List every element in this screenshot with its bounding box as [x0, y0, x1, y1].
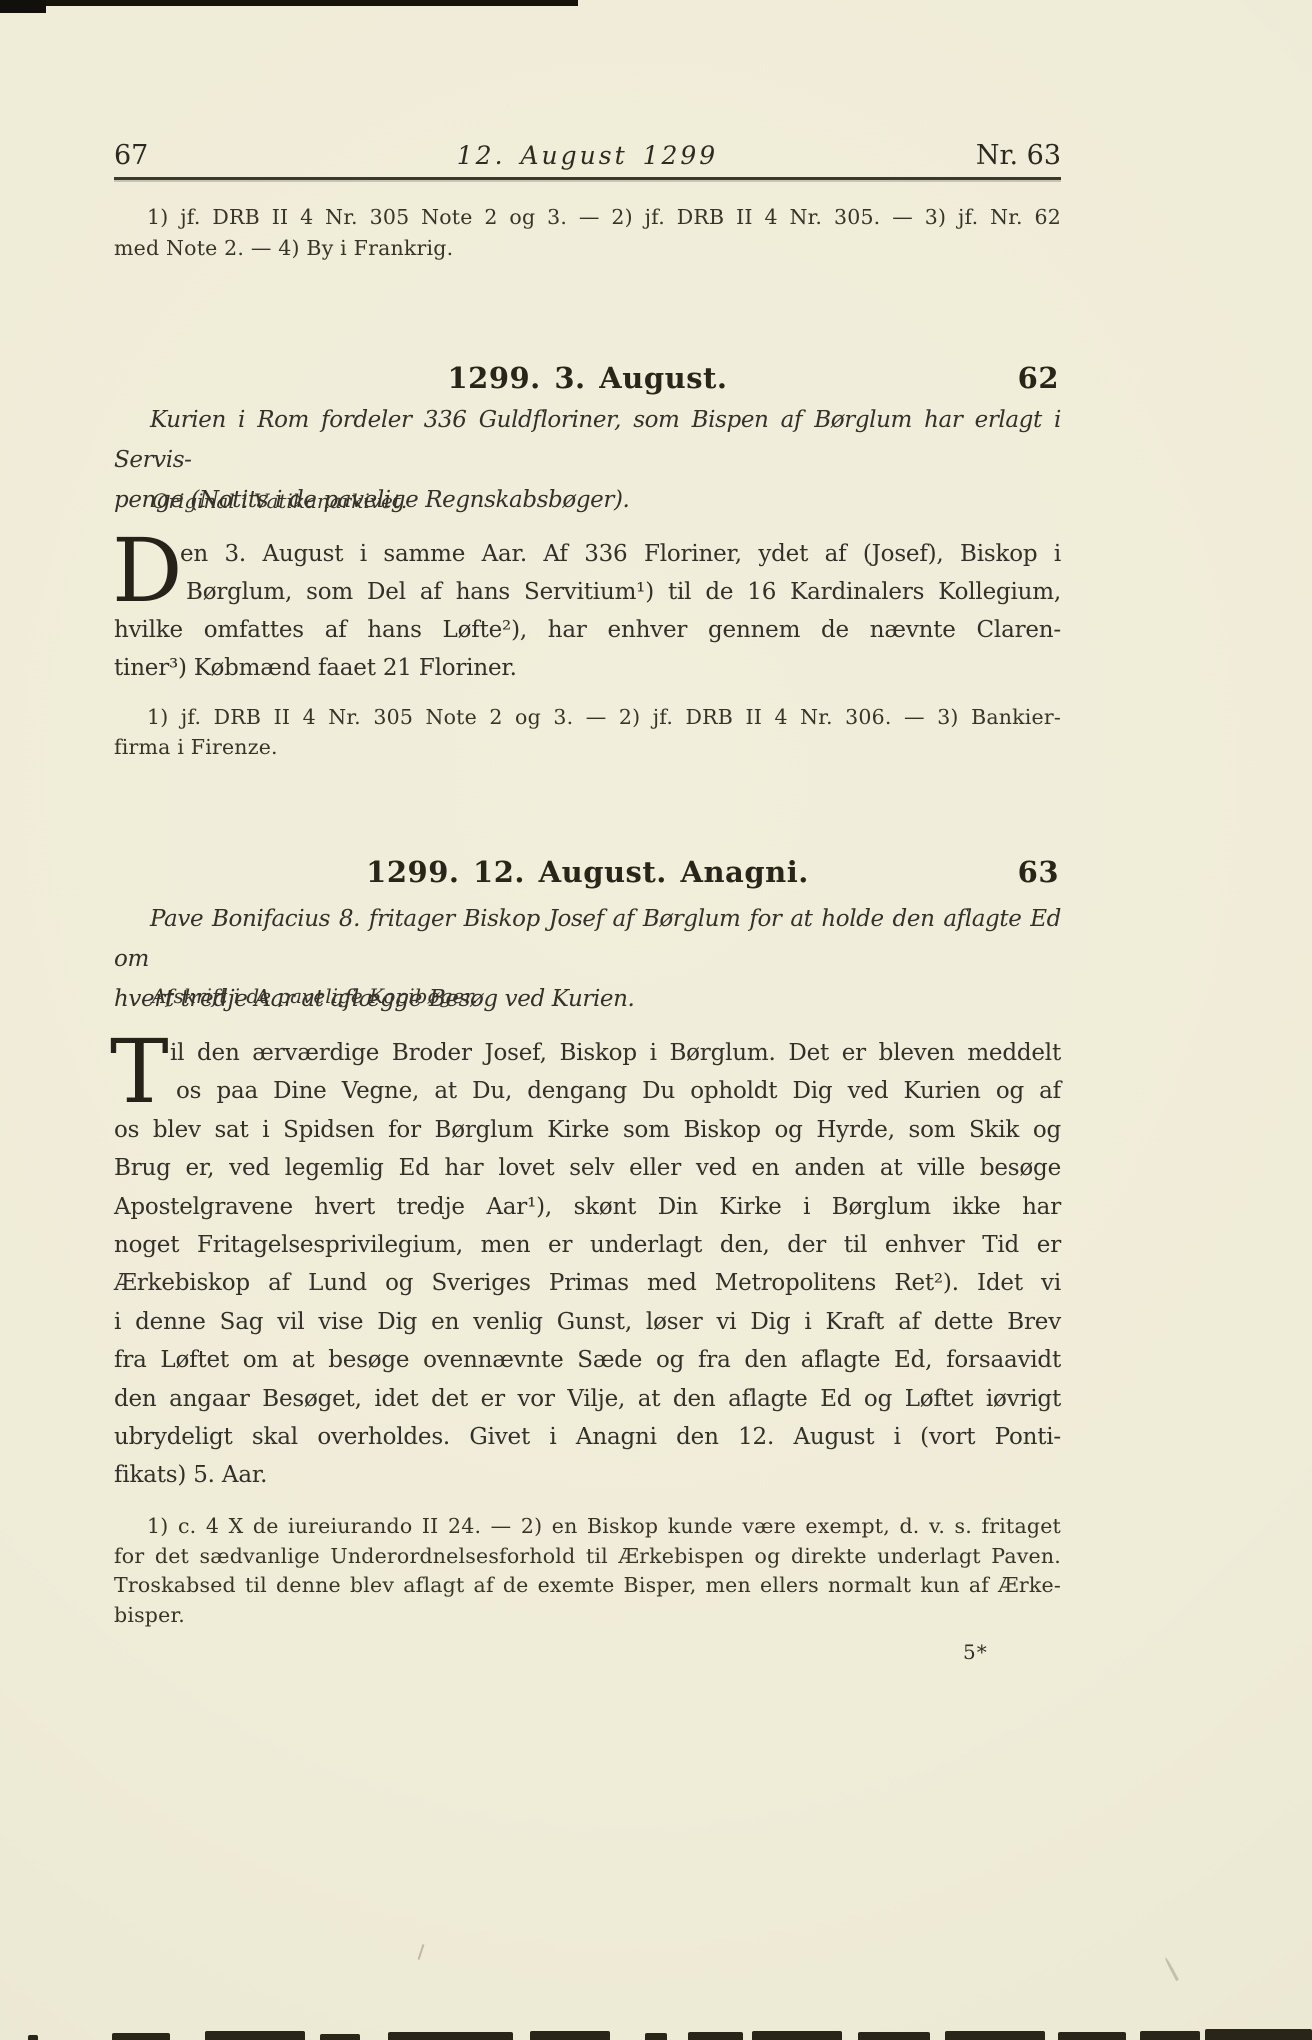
body-line: Apostelgravene hvert tredje Aar¹), skønt…: [114, 1188, 1061, 1226]
body-line: en 3. August i samme Aar. Af 336 Florine…: [114, 535, 1061, 573]
footnote-line: 1) c. 4 X de iureiurando II 24. — 2) en …: [114, 1512, 1061, 1542]
body-line: Brug er, ved legemlig Ed har lovet selv …: [114, 1149, 1061, 1187]
footnote-line: 1) jf. DRB II 4 Nr. 305 Note 2 og 3. — 2…: [114, 702, 1061, 732]
footnote-block-entry-62: 1) jf. DRB II 4 Nr. 305 Note 2 og 3. — 2…: [114, 702, 1061, 762]
source-note: Afskrift i de pavelige Kopibøger.: [152, 984, 478, 1008]
body-line: fra Løftet om at besøge ovennævnte Sæde …: [114, 1341, 1061, 1379]
running-head: 67 12. August 1299 Nr. 63: [114, 140, 1061, 172]
body-line: noget Fritagelsesprivilegium, men er und…: [114, 1226, 1061, 1264]
entry-heading-date: 1299. 12. August. Anagni.: [114, 855, 1061, 889]
entry-reference: Nr. 63: [976, 140, 1061, 171]
pencil-mark: [1164, 1957, 1179, 1981]
scan-edge-artifact-top-left: [0, 0, 46, 13]
pencil-mark: [418, 1944, 425, 1960]
entry-62-heading: 1299. 3. August. 62: [114, 361, 1061, 395]
body-line: Ærkebiskop af Lund og Sveriges Primas me…: [114, 1264, 1061, 1302]
entry-63-body: il den ærværdige Broder Josef, Biskop i …: [114, 1034, 1061, 1495]
scanned-book-page: 67 12. August 1299 Nr. 63 1) jf. DRB II …: [0, 0, 1312, 2040]
entry-number: 63: [1018, 855, 1059, 889]
header-rule: [114, 177, 1061, 180]
body-line: fikats) 5. Aar.: [114, 1456, 1061, 1494]
source-note: Original i Vatikanarkivet.: [152, 489, 407, 513]
body-line: Børglum, som Del af hans Servitium¹) til…: [114, 573, 1061, 611]
entry-heading-date: 1299. 3. August.: [114, 361, 1061, 395]
body-line: ubrydeligt skal overholdes. Givet i Anag…: [114, 1418, 1061, 1456]
body-line: hvilke omfattes af hans Løfte²), har enh…: [114, 611, 1061, 649]
scan-edge-artifact-top: [0, 0, 578, 6]
footnote-line: med Note 2. — 4) By i Frankrig.: [114, 233, 1061, 264]
running-title: 12. August 1299: [114, 141, 1061, 170]
footnote-line: Troskabsed til denne blev aflagt af de e…: [114, 1571, 1061, 1601]
summary-line: Pave Bonifacius 8. fritager Biskop Josef…: [114, 899, 1061, 979]
sheet-signature-mark: 5*: [963, 1640, 988, 1664]
body-line: den angaar Besøget, idet det er vor Vilj…: [114, 1380, 1061, 1418]
footnote-line: firma i Firenze.: [114, 732, 1061, 762]
footnote-block-entry-63: 1) c. 4 X de iureiurando II 24. — 2) en …: [114, 1512, 1061, 1630]
body-line: il den ærværdige Broder Josef, Biskop i …: [114, 1034, 1061, 1072]
body-line: tiner³) Købmænd faaet 21 Floriner.: [114, 649, 1061, 687]
body-line: i denne Sag vil vise Dig en venlig Gunst…: [114, 1303, 1061, 1341]
footnote-line: bisper.: [114, 1601, 1061, 1631]
body-line: os paa Dine Vegne, at Du, dengang Du oph…: [114, 1072, 1061, 1110]
scan-edge-artifact-bottom: [0, 2026, 1312, 2040]
footnote-block-previous-entry: 1) jf. DRB II 4 Nr. 305 Note 2 og 3. — 2…: [114, 202, 1061, 264]
entry-62-body: en 3. August i samme Aar. Af 336 Florine…: [114, 535, 1061, 687]
body-line: os blev sat i Spidsen for Børglum Kirke …: [114, 1111, 1061, 1149]
entry-63-heading: 1299. 12. August. Anagni. 63: [114, 855, 1061, 889]
entry-number: 62: [1018, 361, 1059, 395]
footnote-line: for det sædvanlige Underordnelsesforhold…: [114, 1542, 1061, 1572]
summary-line: Kurien i Rom fordeler 336 Guldfloriner, …: [114, 400, 1061, 480]
footnote-line: 1) jf. DRB II 4 Nr. 305 Note 2 og 3. — 2…: [114, 202, 1061, 233]
